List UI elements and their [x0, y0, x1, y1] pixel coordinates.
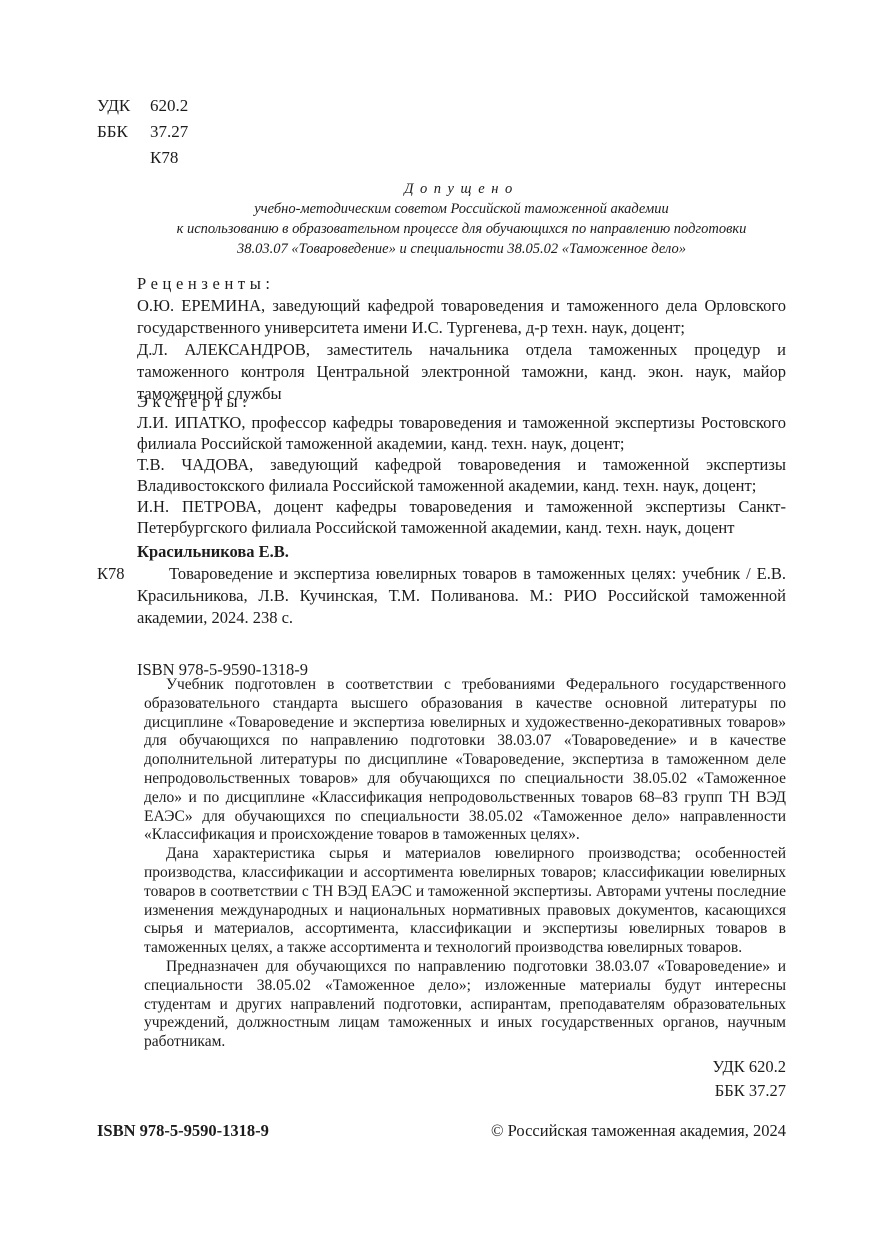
footer-bbk: ББК 37.27 [712, 1079, 786, 1103]
catalog-code-row: К78 [97, 145, 188, 171]
bbk-code-row: ББК 37.27 [97, 119, 188, 145]
classification-codes-block: УДК 620.2 ББК 37.27 К78 [97, 93, 188, 171]
book-imprint-page: УДК 620.2 ББК 37.27 К78 Допущено учебно-… [0, 0, 875, 1241]
reviewers-heading: Рецензенты: [137, 273, 786, 295]
udk-label: УДК [97, 93, 150, 119]
catalog-code: К78 [150, 145, 178, 171]
approval-heading: Допущено [137, 179, 786, 199]
approval-line: 38.03.07 «Товароведение» и специальности… [137, 239, 786, 259]
approval-line: учебно-методическим советом Российской т… [137, 199, 786, 219]
expert-entry: Т.В. ЧАДОВА, заведующий кафедрой товаров… [137, 454, 786, 496]
approval-block: Допущено учебно-методическим советом Рос… [137, 179, 786, 259]
isbn-text: ISBN 978-5-9590-1318-9 [97, 1121, 269, 1141]
footer-udk: УДК 620.2 [712, 1055, 786, 1079]
imprint-bottom-line: ISBN 978-5-9590-1318-9 © Российская тамо… [97, 1121, 786, 1141]
experts-block: Эксперты: Л.И. ИПАТКО, профессор кафедры… [137, 391, 786, 538]
annotation-paragraph: Дана характеристика сырья и материалов ю… [144, 845, 786, 958]
footer-classification-codes: УДК 620.2 ББК 37.27 [712, 1055, 786, 1103]
annotation-block: Учебник подготовлен в соответствии с тре… [144, 676, 786, 1052]
page-content: УДК 620.2 ББК 37.27 К78 Допущено учебно-… [97, 93, 786, 1241]
catalog-card-author: Красильникова Е.В. [137, 541, 786, 563]
annotation-paragraph: Учебник подготовлен в соответствии с тре… [144, 676, 786, 845]
bbk-label: ББК [97, 119, 150, 145]
expert-entry: Л.И. ИПАТКО, профессор кафедры товаровед… [137, 412, 786, 454]
catalog-card-code: К78 [97, 563, 125, 585]
catalog-code-spacer [97, 145, 150, 171]
reviewers-block: Рецензенты: О.Ю. ЕРЕМИНА, заведующий каф… [137, 273, 786, 405]
catalog-card: Красильникова Е.В. К78 Товароведение и э… [137, 541, 786, 681]
experts-heading: Эксперты: [137, 391, 786, 412]
catalog-card-isbn: ISBN 978-5-9590-1318-9 [137, 637, 786, 681]
bbk-value: 37.27 [150, 119, 188, 145]
approval-line: к использованию в образовательном процес… [137, 219, 786, 239]
annotation-paragraph: Предназначен для обучающихся по направле… [144, 958, 786, 1052]
reviewer-entry: О.Ю. ЕРЕМИНА, заведующий кафедрой товаро… [137, 295, 786, 339]
udk-code-row: УДК 620.2 [97, 93, 188, 119]
udk-value: 620.2 [150, 93, 188, 119]
catalog-card-entry: Товароведение и экспертиза ювелирных тов… [137, 563, 786, 629]
expert-entry: И.Н. ПЕТРОВА, доцент кафедры товароведен… [137, 496, 786, 538]
copyright-text: © Российская таможенная академия, 2024 [491, 1121, 786, 1141]
